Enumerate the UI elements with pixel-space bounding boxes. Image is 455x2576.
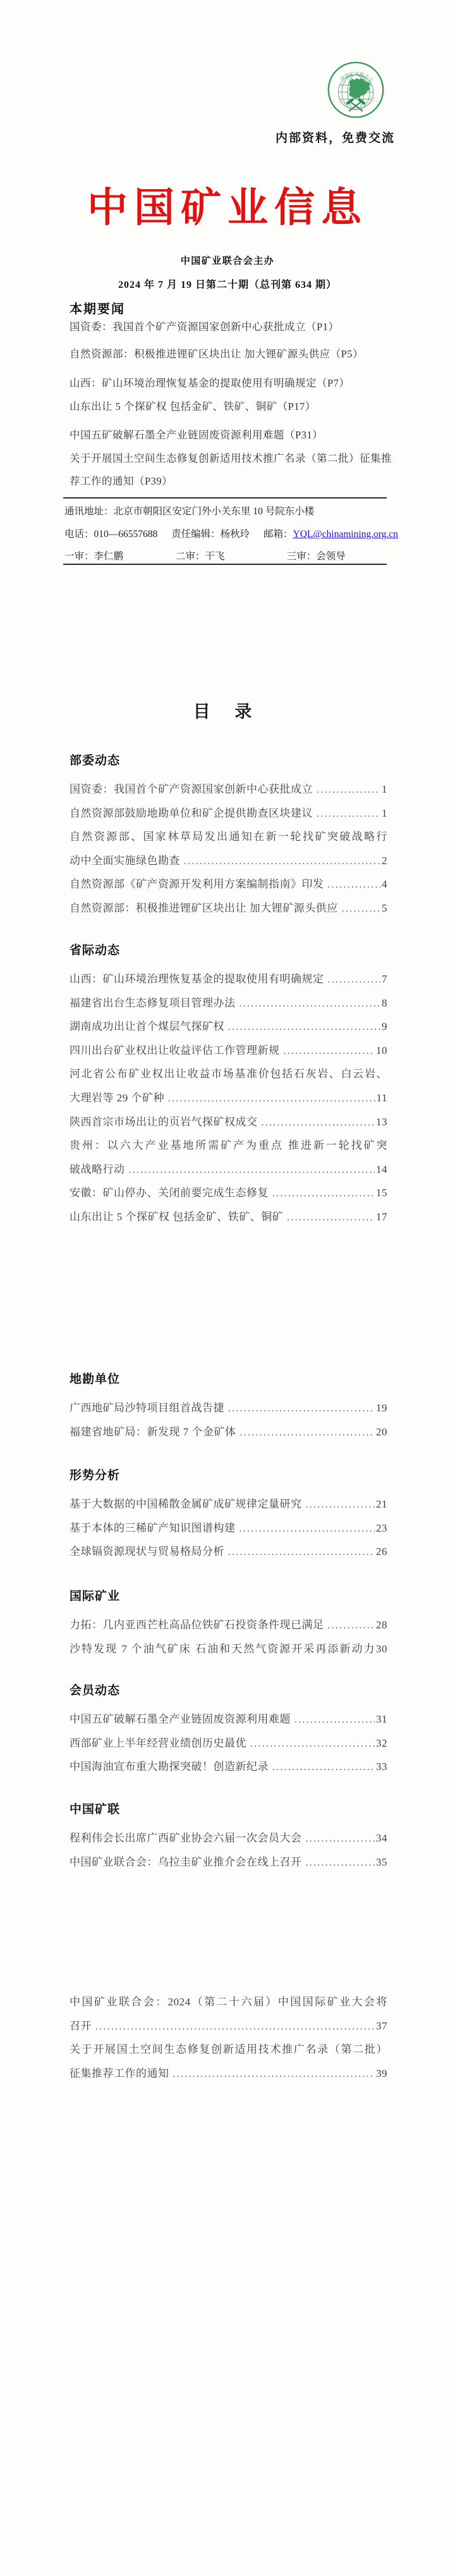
toc-entry-text: 中国海油宣布重大勘探突破！创造新纪录 bbox=[70, 1757, 269, 1773]
highlight-item: 山东出让 5 个探矿权 包括金矿、铁矿、铜矿（P17） bbox=[70, 398, 392, 413]
china-mining-association-logo: 中国矿业联合会 CHINA MINING ASSOCIATION bbox=[326, 61, 385, 119]
toc-entry-line: 全球镉资源现状与贸易格局分析..........................… bbox=[70, 1542, 387, 1566]
toc-entry-line: 中国矿业联合会：2024（第二十六届）中国国际矿业大会将 bbox=[70, 1993, 387, 2017]
toc-section-heading: 中国矿联 bbox=[70, 1802, 387, 1818]
toc-page-number: 9 bbox=[382, 1020, 387, 1033]
toc-dot-leader: ........................................… bbox=[173, 2069, 375, 2080]
toc-dot-leader: ........................................… bbox=[272, 1189, 375, 1199]
toc-entry-line: 四川出台矿业权出让收益评估工作管理新规.....................… bbox=[70, 1041, 387, 1065]
toc-entry-text: 贵州：以六大产业基地所需矿产为重点 推进新一轮找矿突 bbox=[70, 1136, 387, 1152]
toc-page-number: 13 bbox=[376, 1116, 387, 1129]
toc-page-number: 20 bbox=[376, 1426, 387, 1439]
toc-page-number: 14 bbox=[376, 1163, 387, 1176]
toc-page-number: 35 bbox=[376, 1856, 387, 1869]
toc-entry-line: 陕西首宗市场出让的页岩气探矿权成交.......................… bbox=[70, 1113, 387, 1137]
toc-page-number: 19 bbox=[376, 1402, 387, 1415]
toc-dot-leader: ........................................… bbox=[262, 1118, 375, 1129]
toc-entry-text: 山西：矿山环境治理恢复基金的提取使用有明确规定 bbox=[70, 970, 324, 986]
toc-entry-text: 程利伟会长出席广西矿业协会六届一次会员大会 bbox=[70, 1829, 302, 1845]
newsletter-title: 中国矿业信息 bbox=[0, 182, 455, 234]
toc-page-number: 8 bbox=[382, 997, 387, 1010]
toc-entry-text: 湖南成功出让首个煤层气探矿权 bbox=[70, 1017, 224, 1033]
toc-page-number: 4 bbox=[382, 878, 387, 891]
highlight-item: 山西：矿山环境治理恢复基金的提取使用有明确规定（P7） bbox=[70, 375, 392, 390]
toc-entry-text: 大理岩等 29 个矿种 bbox=[70, 1089, 164, 1105]
toc-entry-text: 安徽：矿山停办、关闭前要完成生态修复 bbox=[70, 1184, 269, 1199]
toc-entry-text: 中国五矿破解石墨全产业链固废资源利用难题 bbox=[70, 1710, 291, 1726]
toc-section-heading: 会员动态 bbox=[70, 1683, 387, 1699]
toc-dot-leader: ........................................… bbox=[328, 1621, 375, 1632]
toc-dot-leader: ........................................… bbox=[168, 1094, 375, 1105]
toc-page-number: 1 bbox=[382, 807, 387, 820]
toc-page-number: 1 bbox=[382, 783, 387, 796]
highlights-heading: 本期要闻 bbox=[70, 299, 125, 317]
toc-page-number: 17 bbox=[376, 1211, 387, 1223]
toc-entry-text: 广西地矿局沙特项目组首战告捷 bbox=[70, 1399, 224, 1415]
toc-entry-text: 基于本体的三稀矿产知识图谱构建 bbox=[70, 1519, 236, 1535]
toc-entry-text: 自然资源部、国家林草局发出通知在新一轮找矿突破战略行 bbox=[70, 827, 387, 843]
toc-entry-text: 征集推荐工作的通知 bbox=[70, 2064, 169, 2080]
toc-page-number: 30 bbox=[376, 1643, 387, 1656]
toc-entry-text: 陕西首宗市场出让的页岩气探矿权成交 bbox=[70, 1113, 258, 1129]
toc-entry-line: 福建省地矿局：新发现 7 个金矿体.......................… bbox=[70, 1423, 387, 1447]
contact-address: 通讯地址：北京市朝阳区安定门外小关东里 10 号院东小楼 bbox=[64, 504, 385, 517]
organizer-line: 中国矿业联合会主办 bbox=[0, 254, 455, 267]
toc-page-number: 28 bbox=[376, 1619, 387, 1632]
toc-entry-text: 关于开展国土空间生态修复创新适用技术推广名录（第二批） bbox=[70, 2040, 387, 2056]
toc-entry-line: 自然资源部鼓励地勘单位和矿企提供勘查区块建议..................… bbox=[70, 804, 387, 828]
toc-page-number: 5 bbox=[382, 902, 387, 915]
toc-entry-line: 征集推荐工作的通知...............................… bbox=[70, 2064, 387, 2088]
highlight-item: 中国五矿破解石墨全产业链固废资源利用难题（P31） bbox=[70, 426, 392, 442]
toc-dot-leader: ........................................… bbox=[95, 2022, 375, 2033]
toc-dot-leader: ........................................… bbox=[284, 1046, 375, 1057]
toc-dot-leader: ........................................… bbox=[317, 785, 380, 796]
toc-section-4: 国际矿业力拓：几内亚西芒杜高品位铁矿石投资条件现已满足.............… bbox=[70, 1588, 387, 1663]
toc-entry-line: 破战略行动...................................… bbox=[70, 1160, 387, 1184]
toc-entry-line: 中国五矿破解石墨全产业链固废资源利用难题....................… bbox=[70, 1710, 387, 1734]
toc-entry-text: 福建省出台生态修复项目管理办法 bbox=[70, 994, 236, 1010]
toc-title: 目 录 bbox=[0, 698, 455, 722]
toc-entry-line: 西部矿业上半年经营业绩创历史最优........................… bbox=[70, 1734, 387, 1758]
toc-dot-leader: ........................................… bbox=[328, 880, 381, 891]
toc-dot-leader: ........................................… bbox=[272, 1762, 375, 1773]
toc-section-heading: 部委动态 bbox=[70, 753, 387, 769]
toc-entry-text: 福建省地矿局：新发现 7 个金矿体 bbox=[70, 1423, 236, 1439]
toc-page-number: 34 bbox=[376, 1832, 387, 1845]
highlight-item: 荐工作的通知（P39） bbox=[70, 473, 392, 488]
first-reviewer: 一审：李仁鹏 bbox=[64, 548, 173, 562]
toc-entry-line: 关于开展国土空间生态修复创新适用技术推广名录（第二批） bbox=[70, 2040, 387, 2064]
toc-entry-line: 基于大数据的中国稀散金属矿成矿规律定量研究...................… bbox=[70, 1495, 387, 1519]
toc-dot-leader: ........................................… bbox=[228, 1404, 375, 1415]
toc-entry-text: 国资委：我国首个矿产资源国家创新中心获批成立 bbox=[70, 780, 313, 796]
toc-entry-line: 中国矿业联合会：乌拉圭矿业推介会在线上召开...................… bbox=[70, 1853, 387, 1877]
toc-dot-leader: ........................................… bbox=[240, 1524, 375, 1535]
toc-section-heading: 地勘单位 bbox=[70, 1372, 387, 1388]
toc-page-number: 15 bbox=[376, 1187, 387, 1199]
toc-entry-text: 自然资源部：积极推进锂矿区块出让 加大锂矿源头供应 bbox=[70, 899, 338, 915]
toc-section-6: 中国矿联程利伟会长出席广西矿业协会六届一次会员大会...............… bbox=[70, 1802, 387, 1876]
toc-entry-text: 召开 bbox=[70, 2017, 92, 2033]
toc-entry-text: 自然资源部鼓励地勘单位和矿企提供勘查区块建议 bbox=[70, 804, 313, 820]
toc-page-number: 11 bbox=[377, 1092, 387, 1105]
toc-dot-leader: ........................................… bbox=[317, 809, 380, 820]
toc-section-7: 中国矿业联合会：2024（第二十六届）中国国际矿业大会将召开..........… bbox=[70, 1993, 387, 2088]
toc-section-3: 形势分析基于大数据的中国稀散金属矿成矿规律定量研究...............… bbox=[70, 1468, 387, 1566]
toc-entry-line: 基于本体的三稀矿产知识图谱构建.........................… bbox=[70, 1519, 387, 1543]
toc-dot-leader: ........................................… bbox=[328, 975, 381, 986]
toc-entry-line: 河北省公布矿业权出让收益市场基准价包括石灰岩、白云岩、 bbox=[70, 1065, 387, 1089]
toc-page-number: 31 bbox=[376, 1713, 387, 1726]
toc-section-1: 省际动态山西：矿山环境治理恢复基金的提取使用有明确规定.............… bbox=[70, 943, 387, 1232]
highlight-item: 关于开展国土空间生态修复创新适用技术推广名录（第二批）征集推 bbox=[70, 450, 392, 465]
toc-page-number: 39 bbox=[376, 2067, 387, 2080]
toc-entry-line: 大理岩等 29 个矿种.............................… bbox=[70, 1089, 387, 1113]
toc-entry-line: 召开......................................… bbox=[70, 2017, 387, 2041]
toc-page-number: 37 bbox=[376, 2020, 387, 2033]
second-reviewer: 二审：干飞 bbox=[176, 548, 284, 562]
toc-section-heading: 省际动态 bbox=[70, 943, 387, 959]
toc-entry-line: 福建省出台生态修复项目管理办法.........................… bbox=[70, 994, 387, 1018]
toc-entry-text: 西部矿业上半年经营业绩创历史最优 bbox=[70, 1734, 246, 1750]
toc-entry-line: 山西：矿山环境治理恢复基金的提取使用有明确规定.................… bbox=[70, 970, 387, 994]
toc-dot-leader: ........................................… bbox=[240, 999, 381, 1010]
toc-entry-text: 自然资源部《矿产资源开发利用方案编制指南》印发 bbox=[70, 875, 324, 891]
highlight-item: 自然资源部：积极推进锂矿区块出让 加大锂矿源头供应（P5） bbox=[70, 345, 392, 361]
toc-entry-text: 山东出让 5 个探矿权 包括金矿、铁矿、铜矿 bbox=[70, 1208, 283, 1223]
toc-dot-leader: ........................................… bbox=[250, 1739, 375, 1750]
toc-entry-text: 全球镉资源现状与贸易格局分析 bbox=[70, 1542, 224, 1558]
toc-entry-text: 中国矿业联合会：2024（第二十六届）中国国际矿业大会将 bbox=[70, 1993, 387, 2009]
toc-page-number: 7 bbox=[382, 973, 387, 986]
toc-entry-line: 广西地矿局沙特项目组首战告捷..........................… bbox=[70, 1399, 387, 1423]
toc-entry-line: 山东出让 5 个探矿权 包括金矿、铁矿、铜矿..................… bbox=[70, 1208, 387, 1232]
toc-dot-leader: ........................................… bbox=[184, 857, 380, 867]
toc-page-number: 32 bbox=[376, 1737, 387, 1750]
toc-entry-line: 力拓：几内亚西芒杜高品位铁矿石投资条件现已满足.................… bbox=[70, 1616, 387, 1640]
toc-dot-leader: ........................................… bbox=[129, 1165, 375, 1176]
toc-entry-line: 安徽：矿山停办、关闭前要完成生态修复......................… bbox=[70, 1184, 387, 1208]
toc-entry-line: 自然资源部、国家林草局发出通知在新一轮找矿突破战略行 bbox=[70, 827, 387, 851]
toc-dot-leader: ........................................… bbox=[287, 1213, 375, 1223]
toc-entry-line: 程利伟会长出席广西矿业协会六届一次会员大会...................… bbox=[70, 1829, 387, 1853]
toc-entry-line: 贵州：以六大产业基地所需矿产为重点 推进新一轮找矿突 bbox=[70, 1136, 387, 1160]
contact-phone: 电话：010—66557688 bbox=[64, 529, 157, 540]
toc-entry-line: 沙特发现 7 个油气矿床 石油和天然气资源开采再添新动力30 bbox=[70, 1640, 387, 1664]
toc-dot-leader: ........................................… bbox=[306, 1858, 375, 1869]
toc-dot-leader: ........................................… bbox=[306, 1500, 375, 1511]
internal-circulation-note: 内部资料，免费交流 bbox=[276, 128, 395, 146]
toc-entry-text: 破战略行动 bbox=[70, 1160, 125, 1176]
toc-entry-line: 自然资源部《矿产资源开发利用方案编制指南》印发.................… bbox=[70, 875, 387, 899]
toc-section-0: 部委动态国资委：我国首个矿产资源国家创新中心获批成立..............… bbox=[70, 753, 387, 923]
toc-dot-leader: ........................................… bbox=[228, 1022, 380, 1033]
toc-entry-text: 中国矿业联合会：乌拉圭矿业推介会在线上召开 bbox=[70, 1853, 302, 1869]
highlight-item: 国资委：我国首个矿产资源国家创新中心获批成立（P1） bbox=[70, 318, 392, 333]
toc-entry-text: 力拓：几内亚西芒杜高品位铁矿石投资条件现已满足 bbox=[70, 1616, 324, 1632]
toc-entry-line: 国资委：我国首个矿产资源国家创新中心获批成立..................… bbox=[70, 780, 387, 804]
toc-entry-text: 河北省公布矿业权出让收益市场基准价包括石灰岩、白云岩、 bbox=[70, 1065, 387, 1081]
issue-date-line: 2024 年 7 月 19 日第二十期（总刊第 634 期） bbox=[0, 276, 455, 291]
contact-email-label: 邮箱： bbox=[264, 529, 293, 540]
toc-entry-line: 中国海油宣布重大勘探突破！创造新纪录......................… bbox=[70, 1757, 387, 1781]
toc-section-2: 地勘单位广西地矿局沙特项目组首战告捷......................… bbox=[70, 1372, 387, 1446]
toc-page-number: 23 bbox=[376, 1522, 387, 1535]
newsletter-cover-page: 中国矿业联合会 CHINA MINING ASSOCIATION 内部资料，免费… bbox=[0, 0, 455, 2576]
toc-dot-leader: ........................................… bbox=[294, 1715, 375, 1726]
contact-info-box: 通讯地址：北京市朝阳区安定门外小关东里 10 号院东小楼 电话：010—6655… bbox=[63, 497, 387, 565]
toc-entry-text: 四川出台矿业权出让收益评估工作管理新规 bbox=[70, 1041, 280, 1057]
third-reviewer: 三审：会领导 bbox=[287, 548, 396, 562]
toc-dot-leader: ........................................… bbox=[240, 1428, 375, 1439]
contact-editor: 责任编辑：杨秋玲 bbox=[171, 529, 250, 540]
toc-section-5: 会员动态中国五矿破解石墨全产业链固废资源利用难题................… bbox=[70, 1683, 387, 1781]
toc-page-number: 26 bbox=[376, 1545, 387, 1558]
email-link[interactable]: YQL@chinamining.org.cn bbox=[293, 529, 398, 540]
toc-entry-text: 基于大数据的中国稀散金属矿成矿规律定量研究 bbox=[70, 1495, 302, 1511]
contact-phone-editor-email: 电话：010—66557688 责任编辑：杨秋玲 邮箱：YQL@chinamin… bbox=[64, 526, 385, 540]
toc-dot-leader: ........................................… bbox=[342, 904, 380, 915]
toc-dot-leader: ........................................… bbox=[228, 1547, 375, 1558]
toc-entry-line: 自然资源部：积极推进锂矿区块出让 加大锂矿源头供应...............… bbox=[70, 899, 387, 923]
reviewers-line: 一审：李仁鹏 二审：干飞 三审：会领导 bbox=[64, 548, 385, 562]
toc-dot-leader: ........................................… bbox=[306, 1834, 375, 1845]
toc-section-heading: 国际矿业 bbox=[70, 1588, 387, 1605]
toc-section-heading: 形势分析 bbox=[70, 1468, 387, 1484]
toc-page-number: 2 bbox=[382, 855, 387, 867]
toc-entry-line: 动中全面实施绿色勘查..............................… bbox=[70, 851, 387, 876]
toc-entry-text: 沙特发现 7 个油气矿床 石油和天然气资源开采再添新动力 bbox=[70, 1640, 375, 1656]
toc-page-number: 33 bbox=[376, 1761, 387, 1773]
toc-entry-text: 动中全面实施绿色勘查 bbox=[70, 851, 180, 867]
toc-page-number: 10 bbox=[376, 1044, 387, 1057]
toc-entry-line: 湖南成功出让首个煤层气探矿权..........................… bbox=[70, 1017, 387, 1041]
toc-page-number: 21 bbox=[376, 1498, 387, 1511]
